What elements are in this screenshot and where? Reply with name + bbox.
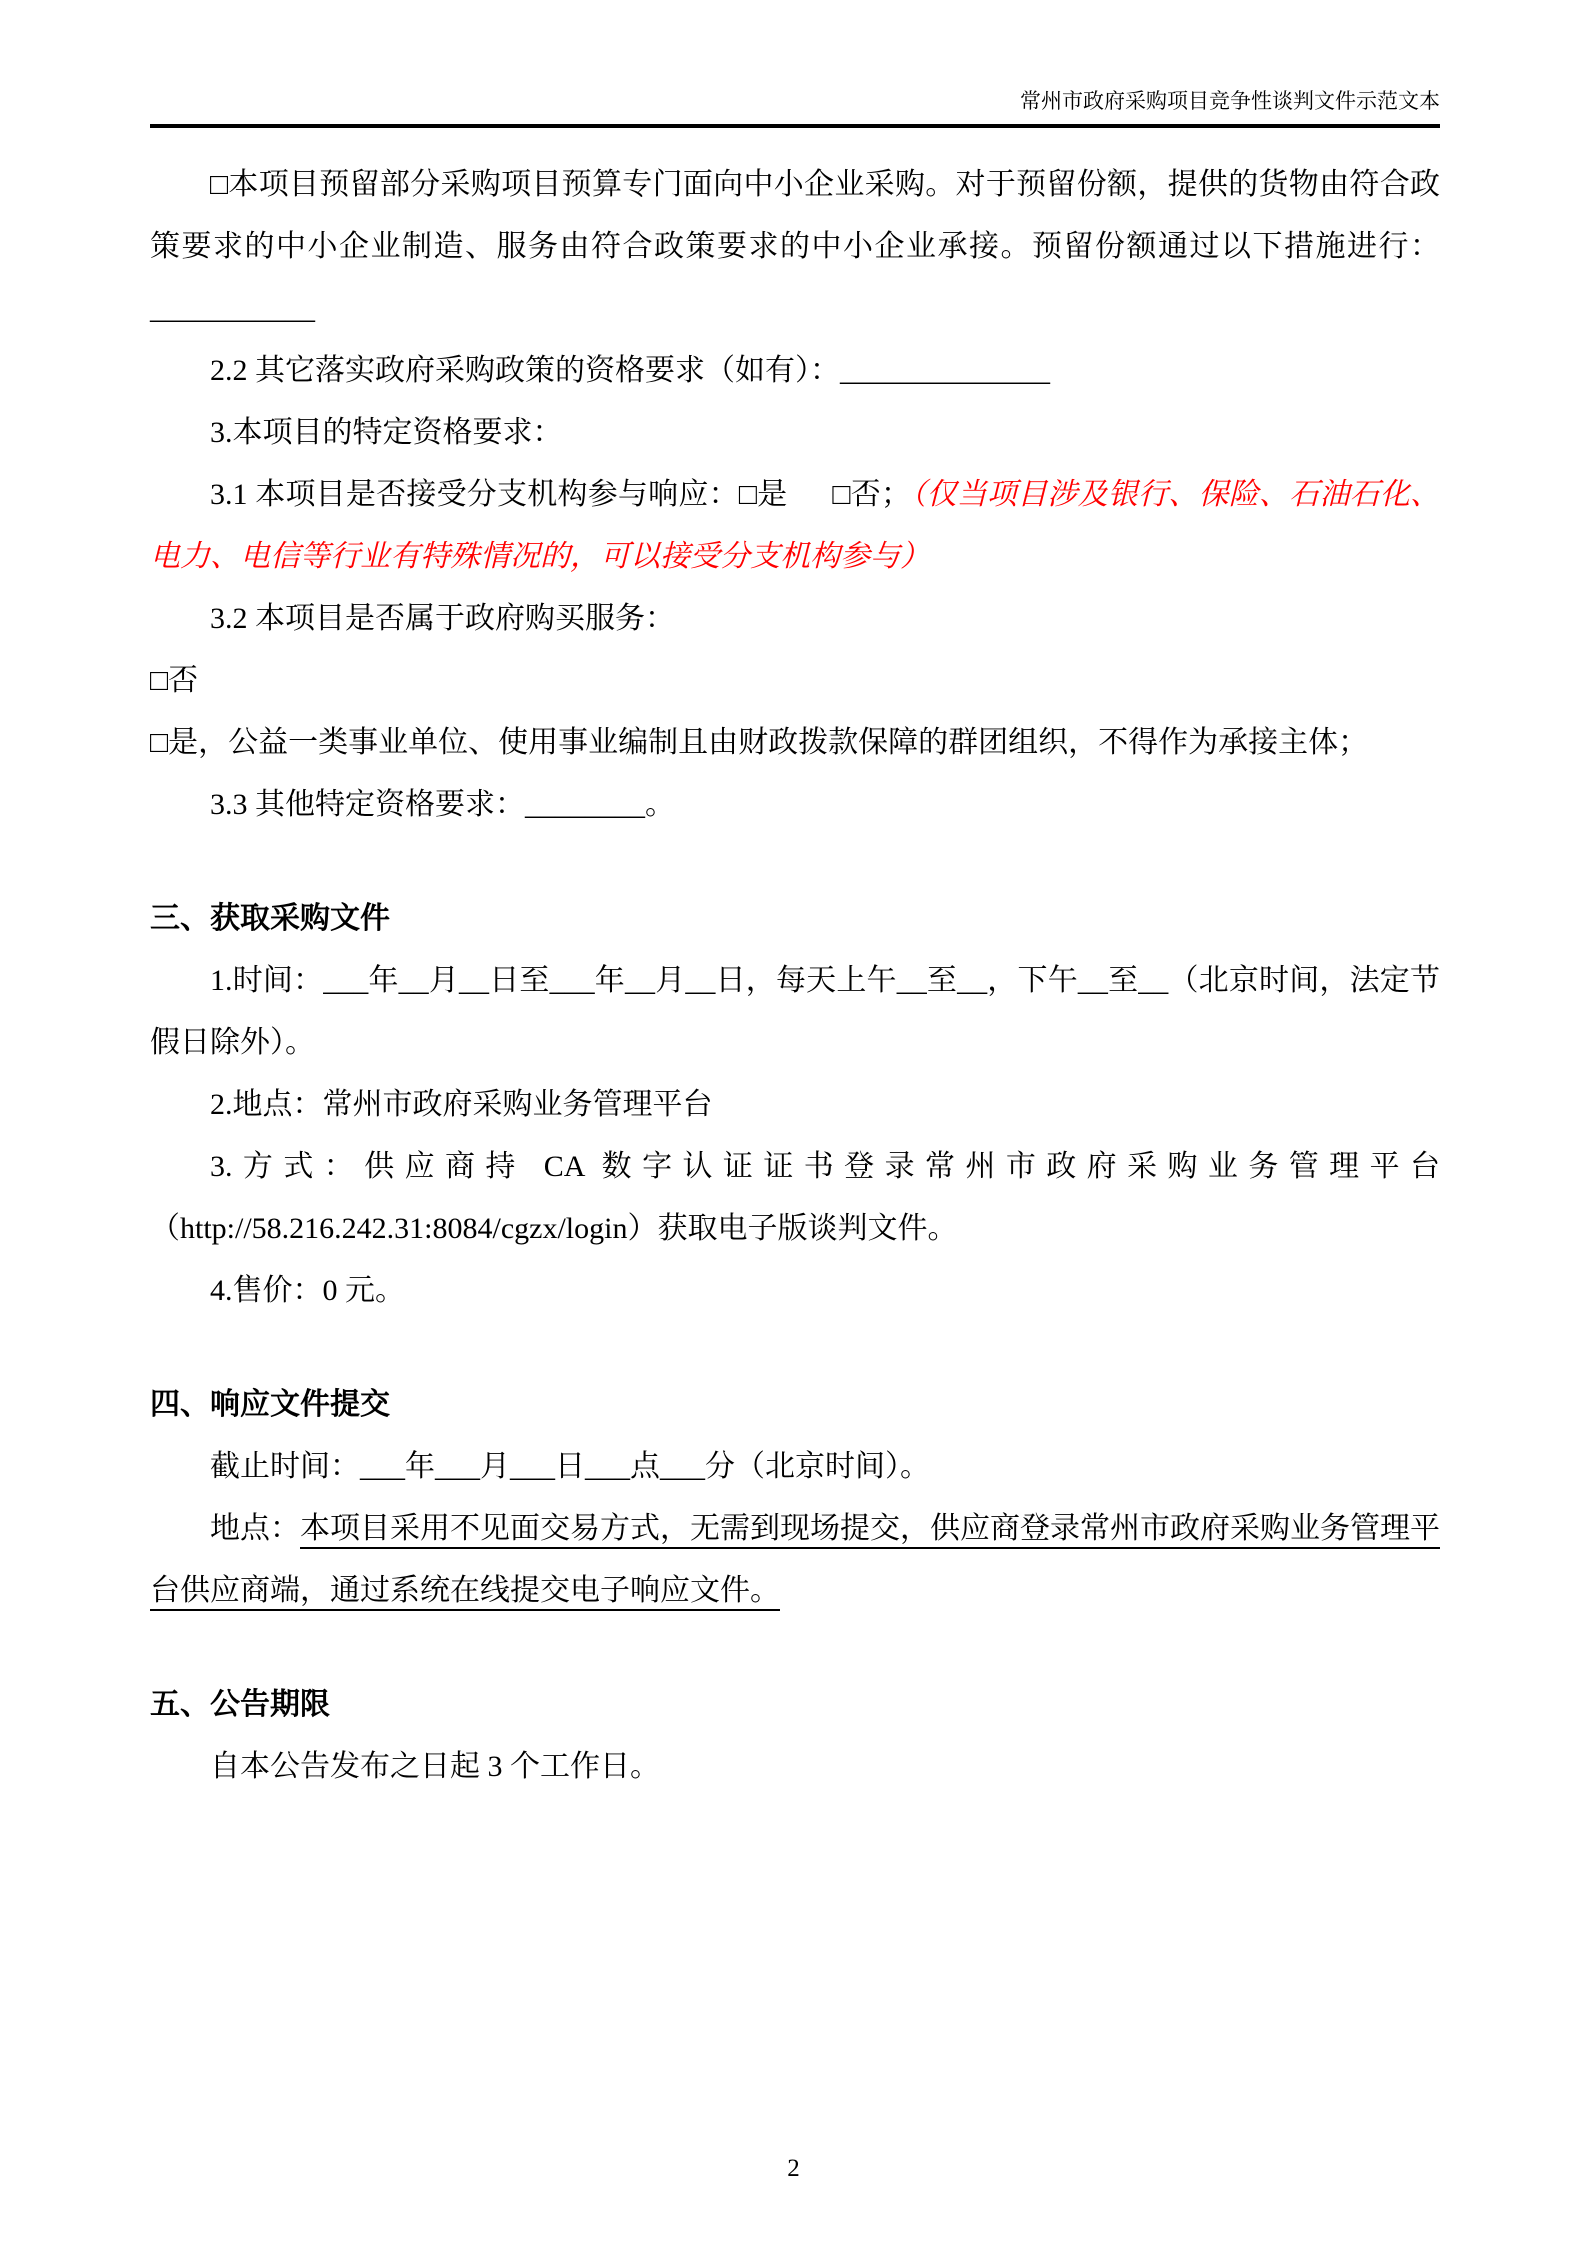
option-service-no-label: 否	[168, 664, 198, 697]
para-submission-deadline: 截止时间：___年___月___日___点___分（北京时间）。	[150, 1436, 1440, 1498]
header-title: 常州市政府采购项目竞争性谈判文件示范文本	[1020, 89, 1440, 113]
para-obtain-location: 2.地点：常州市政府采购业务管理平台	[150, 1074, 1440, 1136]
blank-line: ___________	[150, 292, 315, 325]
para-reserved-share-text: 本项目预留部分采购项目预算专门面向中小企业采购。对于预留份额，提供的货物由符合政…	[150, 168, 1440, 263]
checkbox-icon: □	[150, 664, 168, 697]
para-obtain-price: 4.售价：0 元。	[150, 1260, 1440, 1322]
para-branch-text: 3.1 本项目是否接受分支机构参与响应：	[210, 478, 739, 511]
section-heading-obtain-documents: 三、获取采购文件	[150, 888, 1440, 950]
option-yes-label: 是	[757, 478, 787, 511]
document-header: 常州市政府采购项目竞争性谈判文件示范文本	[150, 88, 1440, 124]
header-rule	[150, 124, 1440, 128]
para-specific-qualification: 3.本项目的特定资格要求：	[150, 402, 1440, 464]
para-other-specific-text: 3.3 其他特定资格要求：	[210, 788, 525, 821]
para-other-specific-tail: 。	[645, 788, 675, 821]
blank-line: ______________	[840, 354, 1050, 387]
para-submission-location: 地点：本项目采用不见面交易方式，无需到现场提交，供应商登录常州市政府采购业务管理…	[150, 1498, 1440, 1622]
option-service-yes: □是，公益一类事业单位、使用事业编制且由财政拨款保障的群团组织，不得作为承接主体…	[150, 712, 1440, 774]
checkbox-icon: □	[739, 478, 757, 511]
document-body: □本项目预留部分采购项目预算专门面向中小企业采购。对于预留份额，提供的货物由符合…	[150, 154, 1440, 1798]
option-no: □否；	[832, 478, 911, 511]
page-number: 2	[0, 2155, 1587, 2183]
checkbox-icon: □	[210, 168, 228, 201]
para-reserved-share: □本项目预留部分采购项目预算专门面向中小企业采购。对于预留份额，提供的货物由符合…	[150, 154, 1440, 340]
checkbox-icon: □	[832, 478, 850, 511]
section-heading-response-submission: 四、响应文件提交	[150, 1374, 1440, 1436]
para-other-specific-qualification: 3.3 其他特定资格要求：________。	[150, 774, 1440, 836]
para-other-policy-text: 2.2 其它落实政府采购政策的资格要求（如有）：	[210, 354, 840, 387]
para-obtain-method: 3.方式：供应商持 CA 数字认证证书登录常州市政府采购业务管理平台（http:…	[150, 1136, 1440, 1260]
para-other-policy-requirements: 2.2 其它落实政府采购政策的资格要求（如有）：______________	[150, 340, 1440, 402]
para-gov-purchase-service: 3.2 本项目是否属于政府购买服务：	[150, 588, 1440, 650]
para-branch-participation: 3.1 本项目是否接受分支机构参与响应：□是□否；（仅当项目涉及银行、保险、石油…	[150, 464, 1440, 588]
submission-location-underlined: 本项目采用不见面交易方式，无需到现场提交，供应商登录常州市政府采购业务管理平台供…	[150, 1512, 1440, 1607]
blank-line: ________	[525, 788, 645, 821]
option-service-no: □否	[150, 650, 1440, 712]
option-yes: □是	[739, 478, 788, 511]
para-obtain-time: 1.时间：___年__月__日至___年__月__日，每天上午__至__，下午_…	[150, 950, 1440, 1074]
option-no-label: 否；	[851, 478, 911, 511]
checkbox-icon: □	[150, 726, 168, 759]
option-service-yes-label: 是，公益一类事业单位、使用事业编制且由财政拨款保障的群团组织，不得作为承接主体；	[168, 726, 1368, 759]
document-page: 常州市政府采购项目竞争性谈判文件示范文本 □本项目预留部分采购项目预算专门面向中…	[0, 0, 1587, 2245]
para-announcement-period: 自本公告发布之日起 3 个工作日。	[150, 1736, 1440, 1798]
submission-location-label: 地点：	[210, 1512, 300, 1545]
section-heading-announcement-period: 五、公告期限	[150, 1674, 1440, 1736]
